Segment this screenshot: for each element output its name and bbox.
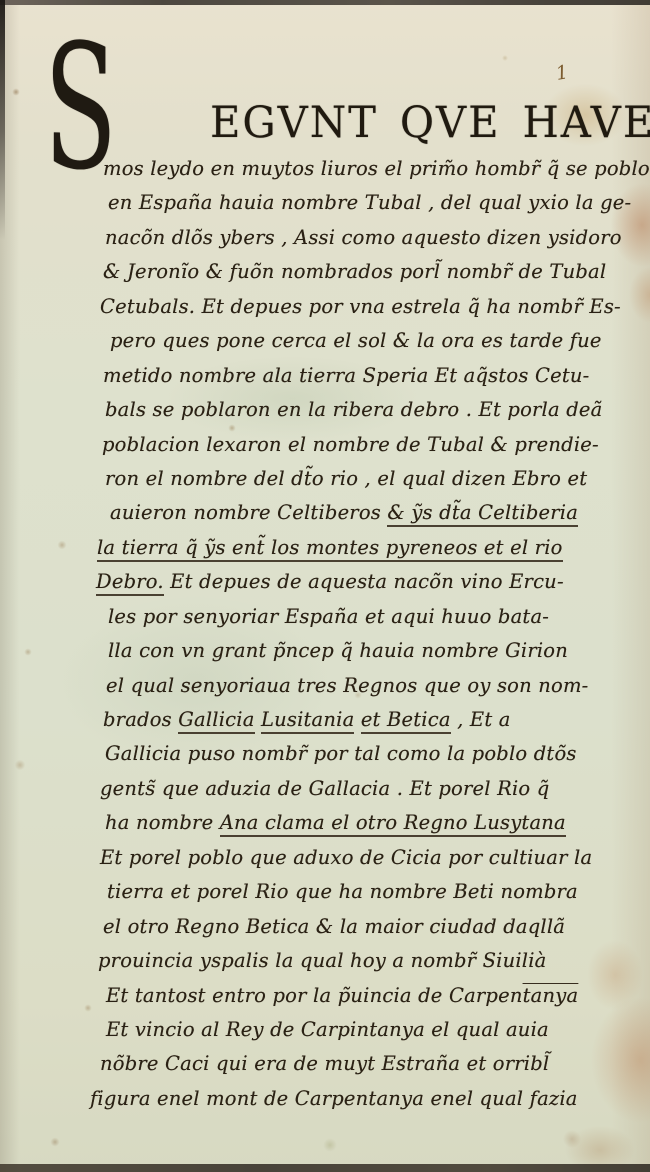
manuscript-line-segment: la tierra q̃ ỹs ent̃ los montes pyreneos… xyxy=(97,536,563,562)
manuscript-line: nõbre Caci qui era de muyt Estraña et or… xyxy=(0,1047,650,1081)
manuscript-line: metido nombre ala tierra Speria Et aq̃st… xyxy=(0,359,650,393)
manuscript-line-segment: , Et a xyxy=(451,708,511,731)
manuscript-line-segment: nacõn dlõs ybers , Assi como aquesto diz… xyxy=(105,226,622,249)
manuscript-page: 1 S EGVNT QVE HAVE mos leydo en muytos l… xyxy=(0,0,650,1172)
manuscript-line-segment: ron el nombre del dt̃o rio , el qual diz… xyxy=(105,467,587,490)
manuscript-line: gents̃ que aduzia de Gallacia . Et porel… xyxy=(0,772,650,806)
manuscript-line-segment: metido nombre ala tierra Speria Et aq̃st… xyxy=(103,364,589,387)
manuscript-line: ha nombre Ana clama el otro Regno Lusyta… xyxy=(0,806,650,840)
manuscript-line-segment: Et vincio al Rey de Carpintanya el qual … xyxy=(106,1018,549,1041)
manuscript-line-segment: tanya xyxy=(523,984,579,1007)
folio-number: 1 xyxy=(554,61,570,85)
manuscript-line-segment: et Betica xyxy=(361,708,451,734)
page-top-edge xyxy=(0,0,650,5)
manuscript-line-segment: Et porel poblo que aduxo de Cicia por cu… xyxy=(100,846,592,869)
manuscript-line-segment: lla con vn grant p̃ncep q̃ hauia nombre … xyxy=(108,639,568,662)
manuscript-text-block: mos leydo en muytos liuros el prim̃o hom… xyxy=(0,152,650,1116)
manuscript-line-segment: Gallicia xyxy=(178,708,254,734)
manuscript-line: bals se poblaron en la ribera debro . Et… xyxy=(0,393,650,427)
manuscript-line-segment: & ỹs dt̃a Celtiberia xyxy=(387,501,578,527)
manuscript-line: Et tantost entro por la p̃uincia de Carp… xyxy=(0,979,650,1013)
manuscript-line: ron el nombre del dt̃o rio , el qual diz… xyxy=(0,462,650,496)
manuscript-line: tierra et porel Rio que ha nombre Beti n… xyxy=(0,875,650,909)
manuscript-line: figura enel mont de Carpentanya enel qua… xyxy=(0,1082,650,1116)
manuscript-line: les por senyoriar España et aqui huuo ba… xyxy=(0,600,650,634)
manuscript-line: pero ques pone cerca el sol & la ora es … xyxy=(0,324,650,358)
manuscript-line-segment: figura enel mont de Carpentanya enel qua… xyxy=(90,1087,578,1110)
manuscript-line-segment: Debro. xyxy=(96,570,164,596)
manuscript-line-segment xyxy=(255,708,261,731)
manuscript-line: poblacion lexaron el nombre de Tubal & p… xyxy=(0,428,650,462)
manuscript-line: el qual senyoriaua tres Regnos que oy so… xyxy=(0,669,650,703)
manuscript-line-segment: el qual senyoriaua tres Regnos que oy so… xyxy=(106,674,588,697)
page-bottom-edge xyxy=(0,1164,650,1172)
manuscript-line-segment: Et depues de aquesta nacõn vino Ercu- xyxy=(164,570,564,593)
manuscript-line: Et porel poblo que aduxo de Cicia por cu… xyxy=(0,841,650,875)
page-title: EGVNT QVE HAVE xyxy=(210,100,650,147)
manuscript-line: prouincia yspalis la qual hoy a nombr̃ S… xyxy=(0,944,650,978)
manuscript-line: & Jeronĩo & fuõn nombrados porl̃ nombr̃ … xyxy=(0,255,650,289)
manuscript-line: brados Gallicia Lusitania et Betica , Et… xyxy=(0,703,650,737)
manuscript-line-segment: Ana clama el otro Regno Lusytana xyxy=(220,811,566,837)
manuscript-line: en España hauia nombre Tubal , del qual … xyxy=(0,186,650,220)
manuscript-line-segment: Et tantost entro por la p̃uincia de Carp… xyxy=(106,984,523,1007)
manuscript-line-segment: auieron nombre Celtiberos xyxy=(110,501,387,524)
manuscript-line-segment: ha nombre xyxy=(105,811,220,834)
manuscript-line-segment: Cetubals. Et depues por vna estrela q̃ h… xyxy=(100,295,621,318)
manuscript-line-segment: brados xyxy=(103,708,178,731)
manuscript-line-segment: poblacion lexaron el nombre de Tubal & p… xyxy=(102,433,599,456)
manuscript-line: auieron nombre Celtiberos & ỹs dt̃a Celt… xyxy=(0,496,650,530)
manuscript-line-segment: en España hauia nombre Tubal , del qual … xyxy=(108,191,631,214)
manuscript-line-segment: gents̃ que aduzia de Gallacia . Et porel… xyxy=(100,777,549,800)
manuscript-line: Gallicia puso nombr̃ por tal como la pob… xyxy=(0,737,650,771)
manuscript-line: la tierra q̃ ỹs ent̃ los montes pyreneos… xyxy=(0,531,650,565)
manuscript-line-segment: nõbre Caci qui era de muyt Estraña et or… xyxy=(100,1052,549,1075)
manuscript-line-segment: prouincia yspalis la qual hoy a nombr̃ S… xyxy=(98,949,546,972)
manuscript-line-segment: Gallicia puso nombr̃ por tal como la pob… xyxy=(105,742,577,765)
manuscript-line-segment xyxy=(354,708,360,731)
manuscript-line: Debro. Et depues de aquesta nacõn vino E… xyxy=(0,565,650,599)
manuscript-line-segment: les por senyoriar España et aqui huuo ba… xyxy=(108,605,549,628)
manuscript-line-segment: tierra et porel Rio que ha nombre Beti n… xyxy=(107,880,578,903)
manuscript-line-segment: el otro Regno Betica & la maior ciudad d… xyxy=(103,915,565,938)
manuscript-line: el otro Regno Betica & la maior ciudad d… xyxy=(0,910,650,944)
manuscript-line: Et vincio al Rey de Carpintanya el qual … xyxy=(0,1013,650,1047)
manuscript-line-segment: pero ques pone cerca el sol & la ora es … xyxy=(110,329,602,352)
manuscript-line: nacõn dlõs ybers , Assi como aquesto diz… xyxy=(0,221,650,255)
manuscript-line-segment: bals se poblaron en la ribera debro . Et… xyxy=(105,398,602,421)
manuscript-line-segment: mos leydo en muytos liuros el prim̃o hom… xyxy=(103,157,650,180)
manuscript-line: lla con vn grant p̃ncep q̃ hauia nombre … xyxy=(0,634,650,668)
manuscript-line-segment: Lusitania xyxy=(261,708,354,734)
manuscript-line: mos leydo en muytos liuros el prim̃o hom… xyxy=(0,152,650,186)
manuscript-line: Cetubals. Et depues por vna estrela q̃ h… xyxy=(0,290,650,324)
manuscript-line-segment: & Jeronĩo & fuõn nombrados porl̃ nombr̃ … xyxy=(103,260,606,283)
